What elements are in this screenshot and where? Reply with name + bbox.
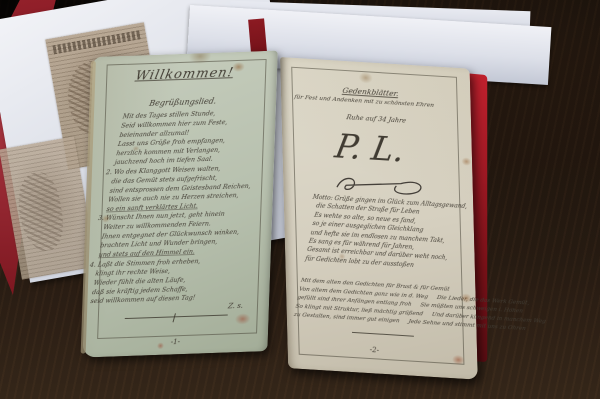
left-page-signature: Z. s. [227, 302, 243, 311]
manuscript-right-page: Gedenkblätter. für Fest und Andenken mit… [280, 57, 478, 380]
manuscript-left-page: Willkommen! Begrüßungslied. Mit des Tage… [83, 51, 278, 358]
photo-of-open-manuscript: Gedenkblätter. für Fest und Andenken mit… [0, 0, 600, 399]
right-page-motto-block: Motto: Grüße gingen im Glück zum Alltags… [299, 193, 501, 275]
print-figure-texture [13, 169, 68, 254]
left-page-poem-block: Mit des Tages stillen Stunde,Seid willko… [81, 107, 299, 307]
